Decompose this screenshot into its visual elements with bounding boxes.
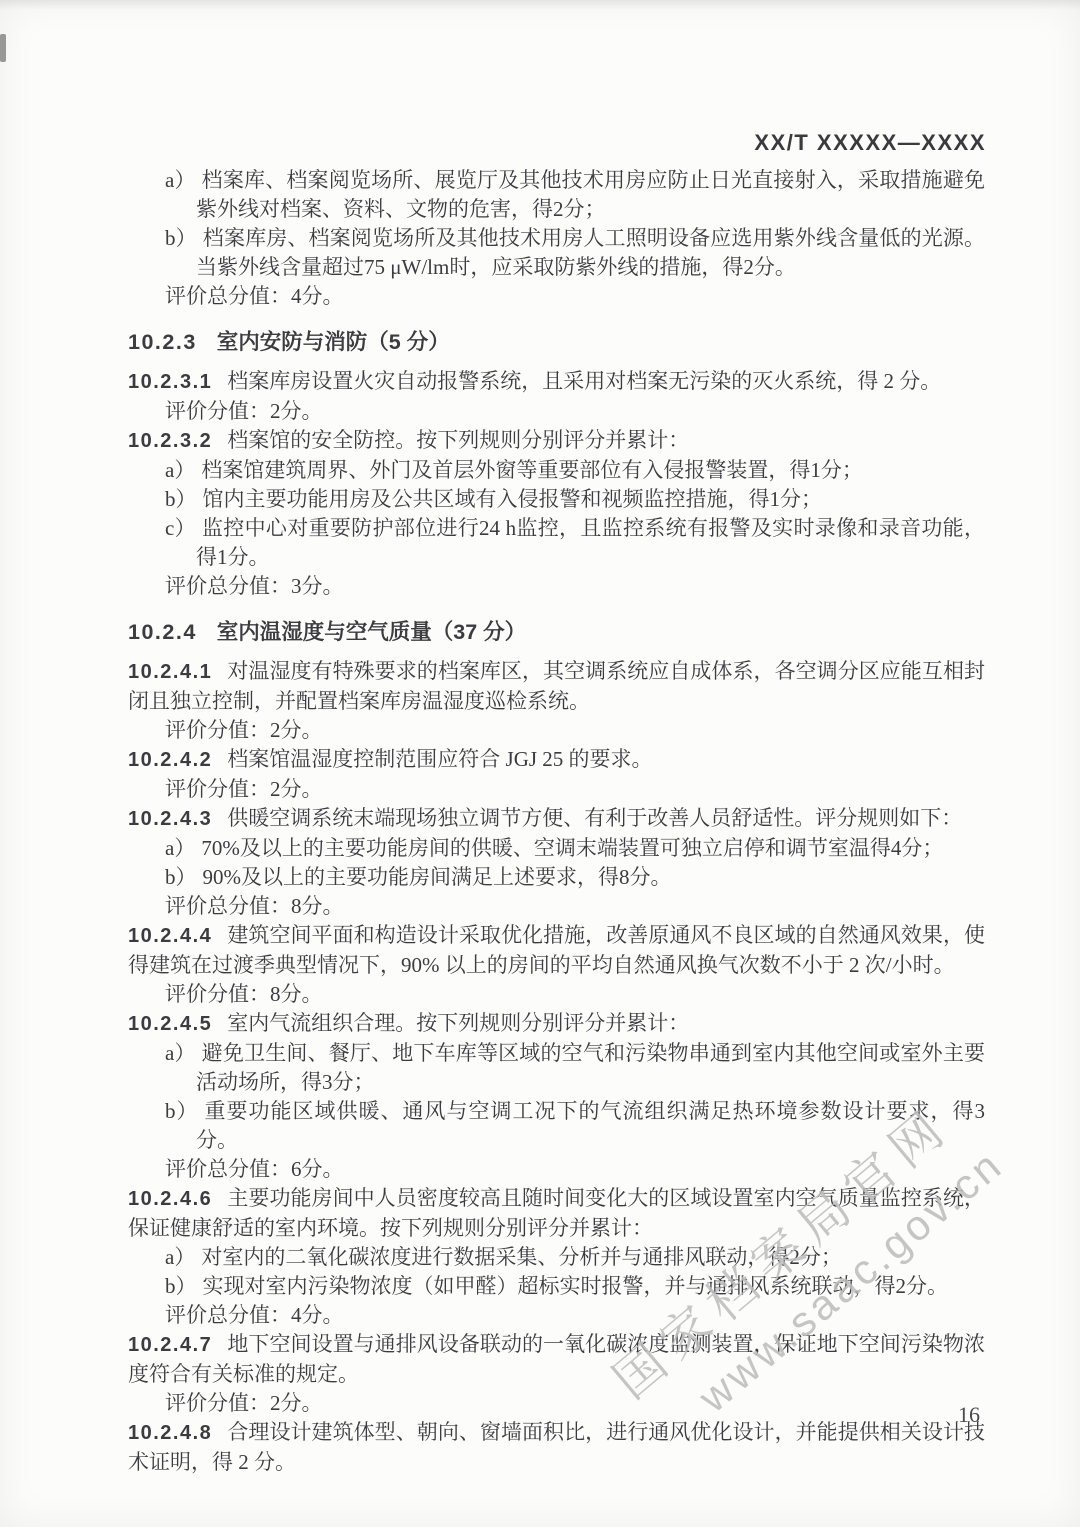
clause-text: 建筑空间平面和构造设计采取优化措施，改善原通风不良区域的自然通风效果，使得建筑在…	[128, 923, 985, 977]
clause-paragraph: 10.2.3.2档案馆的安全防控。按下列规则分别评分并累计：	[128, 426, 985, 456]
clause-number: 10.2.4.6	[128, 1188, 212, 1210]
score-line: 评价分值：2分。	[165, 716, 985, 745]
clause-number: 10.2.4.4	[128, 925, 212, 947]
clause-text: 供暖空调系统末端现场独立调节方便、有利于改善人员舒适性。评分规则如下：	[227, 806, 962, 830]
document-content: a）档案库、档案阅览场所、展览厅及其他技术用房应防止日光直接射入，采取措施避免紫…	[128, 166, 985, 1477]
clause-paragraph: 10.2.4.2档案馆温湿度控制范围应符合 JGJ 25 的要求。	[128, 745, 985, 775]
score-text: 评价分值：2分。	[165, 718, 323, 742]
page-number: 16	[958, 1402, 980, 1428]
item-label: a）	[165, 168, 196, 192]
scan-artifact	[0, 34, 6, 62]
item-label: a）	[165, 1041, 196, 1065]
section-number: 10.2.4	[128, 620, 197, 644]
clause-text: 合理设计建筑体型、朝向、窗墙面积比，进行通风优化设计，并能提供相关设计技术证明，…	[128, 1420, 985, 1474]
item-label: b）	[165, 487, 197, 511]
section-number: 10.2.3	[128, 330, 197, 354]
score-line: 评价总分值：8分。	[165, 892, 985, 921]
clause-text: 主要功能房间中人员密度较高且随时间变化大的区域设置室内空气质量监控系统，保证健康…	[128, 1186, 985, 1240]
score-line: 评价分值：2分。	[165, 1389, 985, 1418]
clause-text: 档案库房设置火灾自动报警系统，且采用对档案无污染的灭火系统，得 2 分。	[227, 369, 941, 393]
item-text: 监控中心对重要防护部位进行24 h监控，且监控系统有报警及实时录像和录音功能，得…	[196, 516, 985, 569]
section-title: 室内温湿度与空气质量（37 分）	[217, 620, 526, 644]
clause-number: 10.2.4.2	[128, 749, 212, 771]
document-page: XX/T XXXXX—XXXX a）档案库、档案阅览场所、展览厅及其他技术用房应…	[0, 0, 1080, 1527]
section-title: 室内安防与消防（5 分）	[217, 330, 450, 354]
clause-text: 对温湿度有特殊要求的档案库区，其空调系统应自成体系，各空调分区应能互相封闭且独立…	[128, 659, 985, 713]
item-text: 避免卫生间、餐厅、地下车库等区域的空气和污染物串通到室内其他空间或室外主要活动场…	[196, 1041, 985, 1094]
list-item: a）档案库、档案阅览场所、展览厅及其他技术用房应防止日光直接射入，采取措施避免紫…	[128, 166, 985, 224]
score-text: 评价分值：2分。	[165, 399, 323, 423]
score-text: 评价分值：2分。	[165, 777, 323, 801]
score-text: 评价总分值：8分。	[165, 894, 344, 918]
standard-code: XX/T XXXXX—XXXX	[754, 130, 986, 156]
item-text: 90%及以上的主要功能房间满足上述要求，得8分。	[203, 865, 672, 889]
list-item: a）对室内的二氧化碳浓度进行数据采集、分析并与通排风联动，得2分；	[128, 1243, 985, 1272]
clause-number: 10.2.4.3	[128, 808, 212, 830]
list-item: b）重要功能区域供暖、通风与空调工况下的气流组织满足热环境参数设计要求，得3分。	[128, 1097, 985, 1155]
list-item: a）避免卫生间、餐厅、地下车库等区域的空气和污染物串通到室内其他空间或室外主要活…	[128, 1039, 985, 1097]
score-line: 评价总分值：6分。	[165, 1155, 985, 1184]
clause-text: 档案馆温湿度控制范围应符合 JGJ 25 的要求。	[227, 747, 652, 771]
clause-number: 10.2.3.1	[128, 371, 212, 393]
clause-paragraph: 10.2.4.6主要功能房间中人员密度较高且随时间变化大的区域设置室内空气质量监…	[128, 1184, 985, 1243]
clause-number: 10.2.4.7	[128, 1334, 212, 1356]
clause-text: 档案馆的安全防控。按下列规则分别评分并累计：	[227, 428, 689, 452]
clause-paragraph: 10.2.4.1对温湿度有特殊要求的档案库区，其空调系统应自成体系，各空调分区应…	[128, 657, 985, 716]
score-text: 评价分值：2分。	[165, 1391, 323, 1415]
list-item: b）实现对室内污染物浓度（如甲醛）超标实时报警，并与通排风系统联动，得2分。	[128, 1272, 985, 1301]
clause-paragraph: 10.2.4.7地下空间设置与通排风设备联动的一氧化碳浓度监测装置，保证地下空间…	[128, 1330, 985, 1389]
clause-number: 10.2.4.5	[128, 1013, 212, 1035]
item-text: 档案库、档案阅览场所、展览厅及其他技术用房应防止日光直接射入，采取措施避免紫外线…	[196, 168, 985, 221]
item-label: a）	[165, 1245, 195, 1269]
list-item: b）90%及以上的主要功能房间满足上述要求，得8分。	[128, 863, 985, 892]
item-label: b）	[165, 226, 197, 250]
score-line: 评价总分值：4分。	[165, 282, 985, 311]
clause-text: 地下空间设置与通排风设备联动的一氧化碳浓度监测装置，保证地下空间污染物浓度符合有…	[128, 1332, 985, 1386]
list-item: a）70%及以上的主要功能房间的供暖、空调末端装置可独立启停和调节室温得4分；	[128, 834, 985, 863]
list-item: c）监控中心对重要防护部位进行24 h监控，且监控系统有报警及实时录像和录音功能…	[128, 514, 985, 572]
item-text: 馆内主要功能用房及公共区域有入侵报警和视频监控措施，得1分；	[203, 487, 823, 511]
score-text: 评价总分值：4分。	[165, 284, 344, 308]
item-label: b）	[165, 865, 197, 889]
score-text: 评价分值：8分。	[165, 982, 323, 1006]
item-label: a）	[165, 458, 195, 482]
item-text: 实现对室内污染物浓度（如甲醛）超标实时报警，并与通排风系统联动，得2分。	[203, 1274, 949, 1298]
list-item: a）档案馆建筑周界、外门及首层外窗等重要部位有入侵报警装置，得1分；	[128, 456, 985, 485]
item-label: c）	[165, 516, 196, 540]
item-text: 档案馆建筑周界、外门及首层外窗等重要部位有入侵报警装置，得1分；	[201, 458, 863, 482]
clause-paragraph: 10.2.3.1档案库房设置火灾自动报警系统，且采用对档案无污染的灭火系统，得 …	[128, 367, 985, 397]
score-line: 评价分值：8分。	[165, 980, 985, 1009]
clause-paragraph: 10.2.4.8合理设计建筑体型、朝向、窗墙面积比，进行通风优化设计，并能提供相…	[128, 1418, 985, 1477]
score-text: 评价总分值：3分。	[165, 574, 344, 598]
list-item: b）馆内主要功能用房及公共区域有入侵报警和视频监控措施，得1分；	[128, 485, 985, 514]
score-line: 评价分值：2分。	[165, 775, 985, 804]
clause-paragraph: 10.2.4.3供暖空调系统末端现场独立调节方便、有利于改善人员舒适性。评分规则…	[128, 804, 985, 834]
score-line: 评价总分值：4分。	[165, 1301, 985, 1330]
item-text: 重要功能区域供暖、通风与空调工况下的气流组织满足热环境参数设计要求，得3分。	[196, 1099, 985, 1152]
item-text: 对室内的二氧化碳浓度进行数据采集、分析并与通排风联动，得2分；	[201, 1245, 842, 1269]
section-heading: 10.2.3室内安防与消防（5 分）	[128, 327, 985, 357]
score-line: 评价分值：2分。	[165, 397, 985, 426]
item-label: b）	[165, 1274, 197, 1298]
clause-number: 10.2.3.2	[128, 430, 212, 452]
clause-text: 室内气流组织合理。按下列规则分别评分并累计：	[227, 1011, 689, 1035]
clause-paragraph: 10.2.4.5室内气流组织合理。按下列规则分别评分并累计：	[128, 1009, 985, 1039]
item-label: b）	[165, 1099, 199, 1123]
item-text: 档案库房、档案阅览场所及其他技术用房人工照明设备应选用紫外线含量低的光源。当紫外…	[196, 226, 985, 279]
item-text: 70%及以上的主要功能房间的供暖、空调末端装置可独立启停和调节室温得4分；	[201, 836, 943, 860]
score-line: 评价总分值：3分。	[165, 572, 985, 601]
item-label: a）	[165, 836, 195, 860]
list-item: b）档案库房、档案阅览场所及其他技术用房人工照明设备应选用紫外线含量低的光源。当…	[128, 224, 985, 282]
clause-paragraph: 10.2.4.4建筑空间平面和构造设计采取优化措施，改善原通风不良区域的自然通风…	[128, 921, 985, 980]
score-text: 评价总分值：6分。	[165, 1157, 344, 1181]
clause-number: 10.2.4.8	[128, 1422, 212, 1444]
score-text: 评价总分值：4分。	[165, 1303, 344, 1327]
clause-number: 10.2.4.1	[128, 661, 212, 683]
section-heading: 10.2.4室内温湿度与空气质量（37 分）	[128, 617, 985, 647]
